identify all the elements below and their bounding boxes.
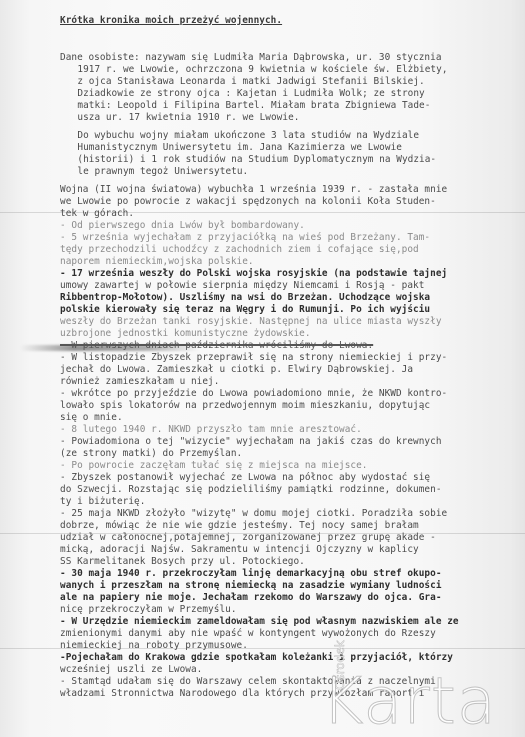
text-line: 1917 r. we Lwowie, ochrzczona 9 kwietnia… [66,64,448,76]
text-line: niemieckiej na roboty przymusowe. [60,640,248,652]
text-line: - 5 września wyjechałam z przyjaciółką n… [60,232,430,244]
text-line: Dziadkowie ze strony ojca : Kajetan i Lu… [66,88,425,100]
text-line: tek w górach. [60,208,134,220]
text-line: polskie kierowały się teraz na Węgry i d… [60,304,430,316]
text-line: wanych i przeszłam na stronę niemiecką n… [60,580,442,592]
text-line: ty i biżuterię. [60,496,145,508]
text-line: - W Urzędzie niemieckim zameldowałam się… [60,616,459,628]
text-line: micką, adoracji Najśw. Sakramentu w inte… [60,544,419,556]
text-line: - 17 września weszły do Polski wojska ro… [60,268,447,280]
text-line: ale na papiery nie moje. Jechałam rzekom… [60,592,442,604]
scanned-document-page: Krótka kronika moich przeżyć wojennych. … [0,0,525,737]
text-line: wcześniej uszli ze Lwowa. [60,664,202,676]
text-line: dobrze, mówiąc że nie wie gdzie jesteśmy… [60,520,419,532]
text-line: - wkrótce po przyjeździe do Lwowa powiad… [60,388,447,400]
text-line: - 8 lutego 1940 r. NKWD przyszło tam mni… [60,424,362,436]
text-line: (ze strony matki) do Przemyślan. [60,448,242,460]
text-line: - Zbyszek postanowił wyjechać ze Lwowa n… [60,472,430,484]
text-line: - 25 maja NKWD złożyło "wizytę" w domu m… [60,508,447,520]
text-line: le prawnym tegoż Uniwersytetu. [66,166,248,178]
text-line: nicę przekroczyłam w Przemyślu. [60,604,237,616]
text-line: - Po powrocie zaczęłam tułać się z miejs… [60,460,368,472]
text-line: - W pierwszych dniach października wróci… [60,340,373,352]
karta-watermark-logo: Karta [321,670,497,734]
text-line: - W listopadzie Zbyszek przeprawił się n… [60,352,447,364]
text-line: naporem niemieckim,wojska polskie. [60,256,254,268]
text-line: - Od pierwszego dnia Lwów był bombardowa… [60,220,305,232]
text-line: - 30 maja 1940 r. przekroczyłam linję de… [60,568,442,580]
text-line: do Szwecji. Rozstając się podzieliliśmy … [60,484,442,496]
text-line: (historii) i 1 rok studiów na Studium Dy… [66,154,436,166]
text-line: - Powiadomiona o tej "wizycie" wyjechała… [60,436,442,448]
document-title: Krótka kronika moich przeżyć wojennych. [60,15,282,27]
text-line: z ojca Stanisława Leonarda i matki Jadwi… [66,76,425,88]
text-line: się o mnie. [60,412,123,424]
text-line: matki: Leopold i Filipina Bartel. Miałam… [66,100,430,112]
text-line: umowy zawartej w połowie sierpnia między… [60,280,424,292]
text-line: Ribbentrop-Mołotow). Uszliśmy na wsi do … [60,292,430,304]
text-line: weszły do Brzeżan tanki rosyjskie. Nastę… [60,316,442,328]
text-line: Humanistycznym Uniwersytetu im. Jana Kaz… [66,142,402,154]
text-line: Dane osobiste: nazywam się Ludmiła Maria… [60,52,442,64]
text-line: lowało spis lokatorów na przedwojennym m… [60,400,430,412]
text-line: również zamieszkałam u niej. [60,376,219,388]
text-line: zmienionymi danymi aby nie wpaść w konty… [60,628,436,640]
text-line: Do wybuchu wojny miałam ukończone 3 lata… [66,130,419,142]
text-line: udział w całonocnej,potajemnej, zorganiz… [60,532,436,544]
text-line: jechał do Lwowa. Zamieszkał u ciotki p. … [60,364,413,376]
text-line: uzbrojone jednostki komunistyczne żydows… [60,328,311,340]
text-line: -Pojechałam do Krakowa gdzie spotkałam k… [60,652,453,664]
text-line: Wojna (II wojna światowa) wybuchła 1 wrz… [60,184,447,196]
text-line: SS Karmelitanek Bosych przy ul. Potockie… [60,556,305,568]
text-line: tędy przechodzili uchodźcy z zachodnich … [60,244,419,256]
text-line: usza ur. 17 kwietnia 1910 r. we Lwowie. [66,112,299,124]
text-line: we Lwowie po powrocie z wakacji spędzony… [60,196,436,208]
